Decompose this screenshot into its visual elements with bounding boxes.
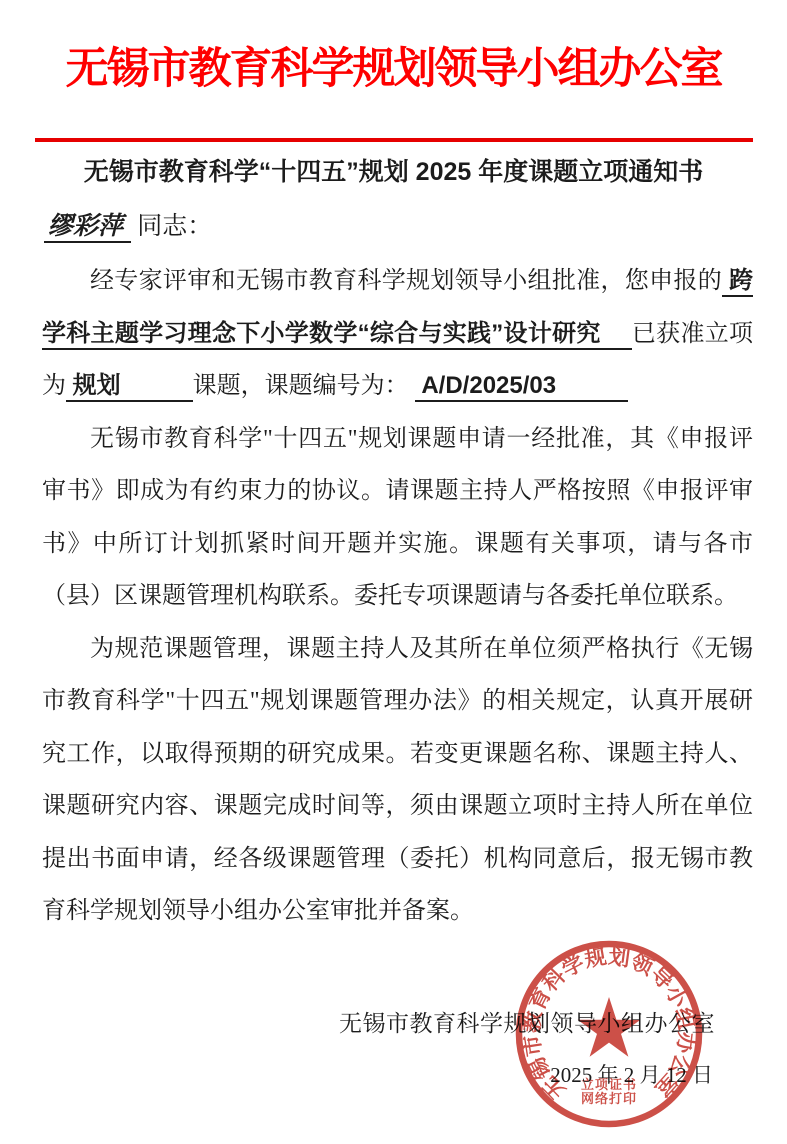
document-page: 无锡市教育科学规划领导小组办公室 无锡市教育科学“十四五”规划 2025 年度课… (0, 0, 787, 1144)
text-segment: 课题，课题编号为： (193, 373, 415, 399)
text-segment: 为规范课题管理，课题主持人及其所在单位须严格执行《无锡市教育科学"十四五"规划课… (42, 636, 753, 925)
notice-subtitle: 无锡市教育科学“十四五”规划 2025 年度课题立项通知书 (0, 155, 787, 189)
greeting-line: 缪彩萍 同志： (44, 209, 753, 245)
body-text: 经专家评审和无锡市教育科学规划领导小组批准，您申报的 跨学科主题学习理念下小学数… (42, 255, 753, 938)
text-segment: 无锡市教育科学"十四五"规划课题申请一经批准，其《申报评审书》即成为有约束力的协… (42, 426, 753, 610)
letterhead-title: 无锡市教育科学规划领导小组办公室 (0, 46, 787, 94)
fill-in-segment: A/D/2025/03 (415, 372, 628, 402)
text-segment: 经专家评审和无锡市教育科学规划领导小组批准，您申报的 (90, 268, 722, 294)
fill-in-segment: 规划 (66, 372, 193, 402)
red-divider-rule (35, 138, 753, 142)
body-paragraph: 为规范课题管理，课题主持人及其所在单位须严格执行《无锡市教育科学"十四五"规划课… (42, 623, 753, 938)
signature-org: 无锡市教育科学规划领导小组办公室 (339, 1008, 715, 1040)
body-paragraph: 经专家评审和无锡市教育科学规划领导小组批准，您申报的 跨学科主题学习理念下小学数… (42, 255, 753, 413)
body-paragraph: 无锡市教育科学"十四五"规划课题申请一经批准，其《申报评审书》即成为有约束力的协… (42, 413, 753, 623)
seal-label-line2: 网络打印 (581, 1091, 637, 1106)
signature-date: 2025 年 2 月 12 日 (550, 1060, 713, 1090)
greeting-suffix: 同志： (131, 213, 212, 240)
recipient-name: 缪彩萍 (44, 213, 131, 243)
